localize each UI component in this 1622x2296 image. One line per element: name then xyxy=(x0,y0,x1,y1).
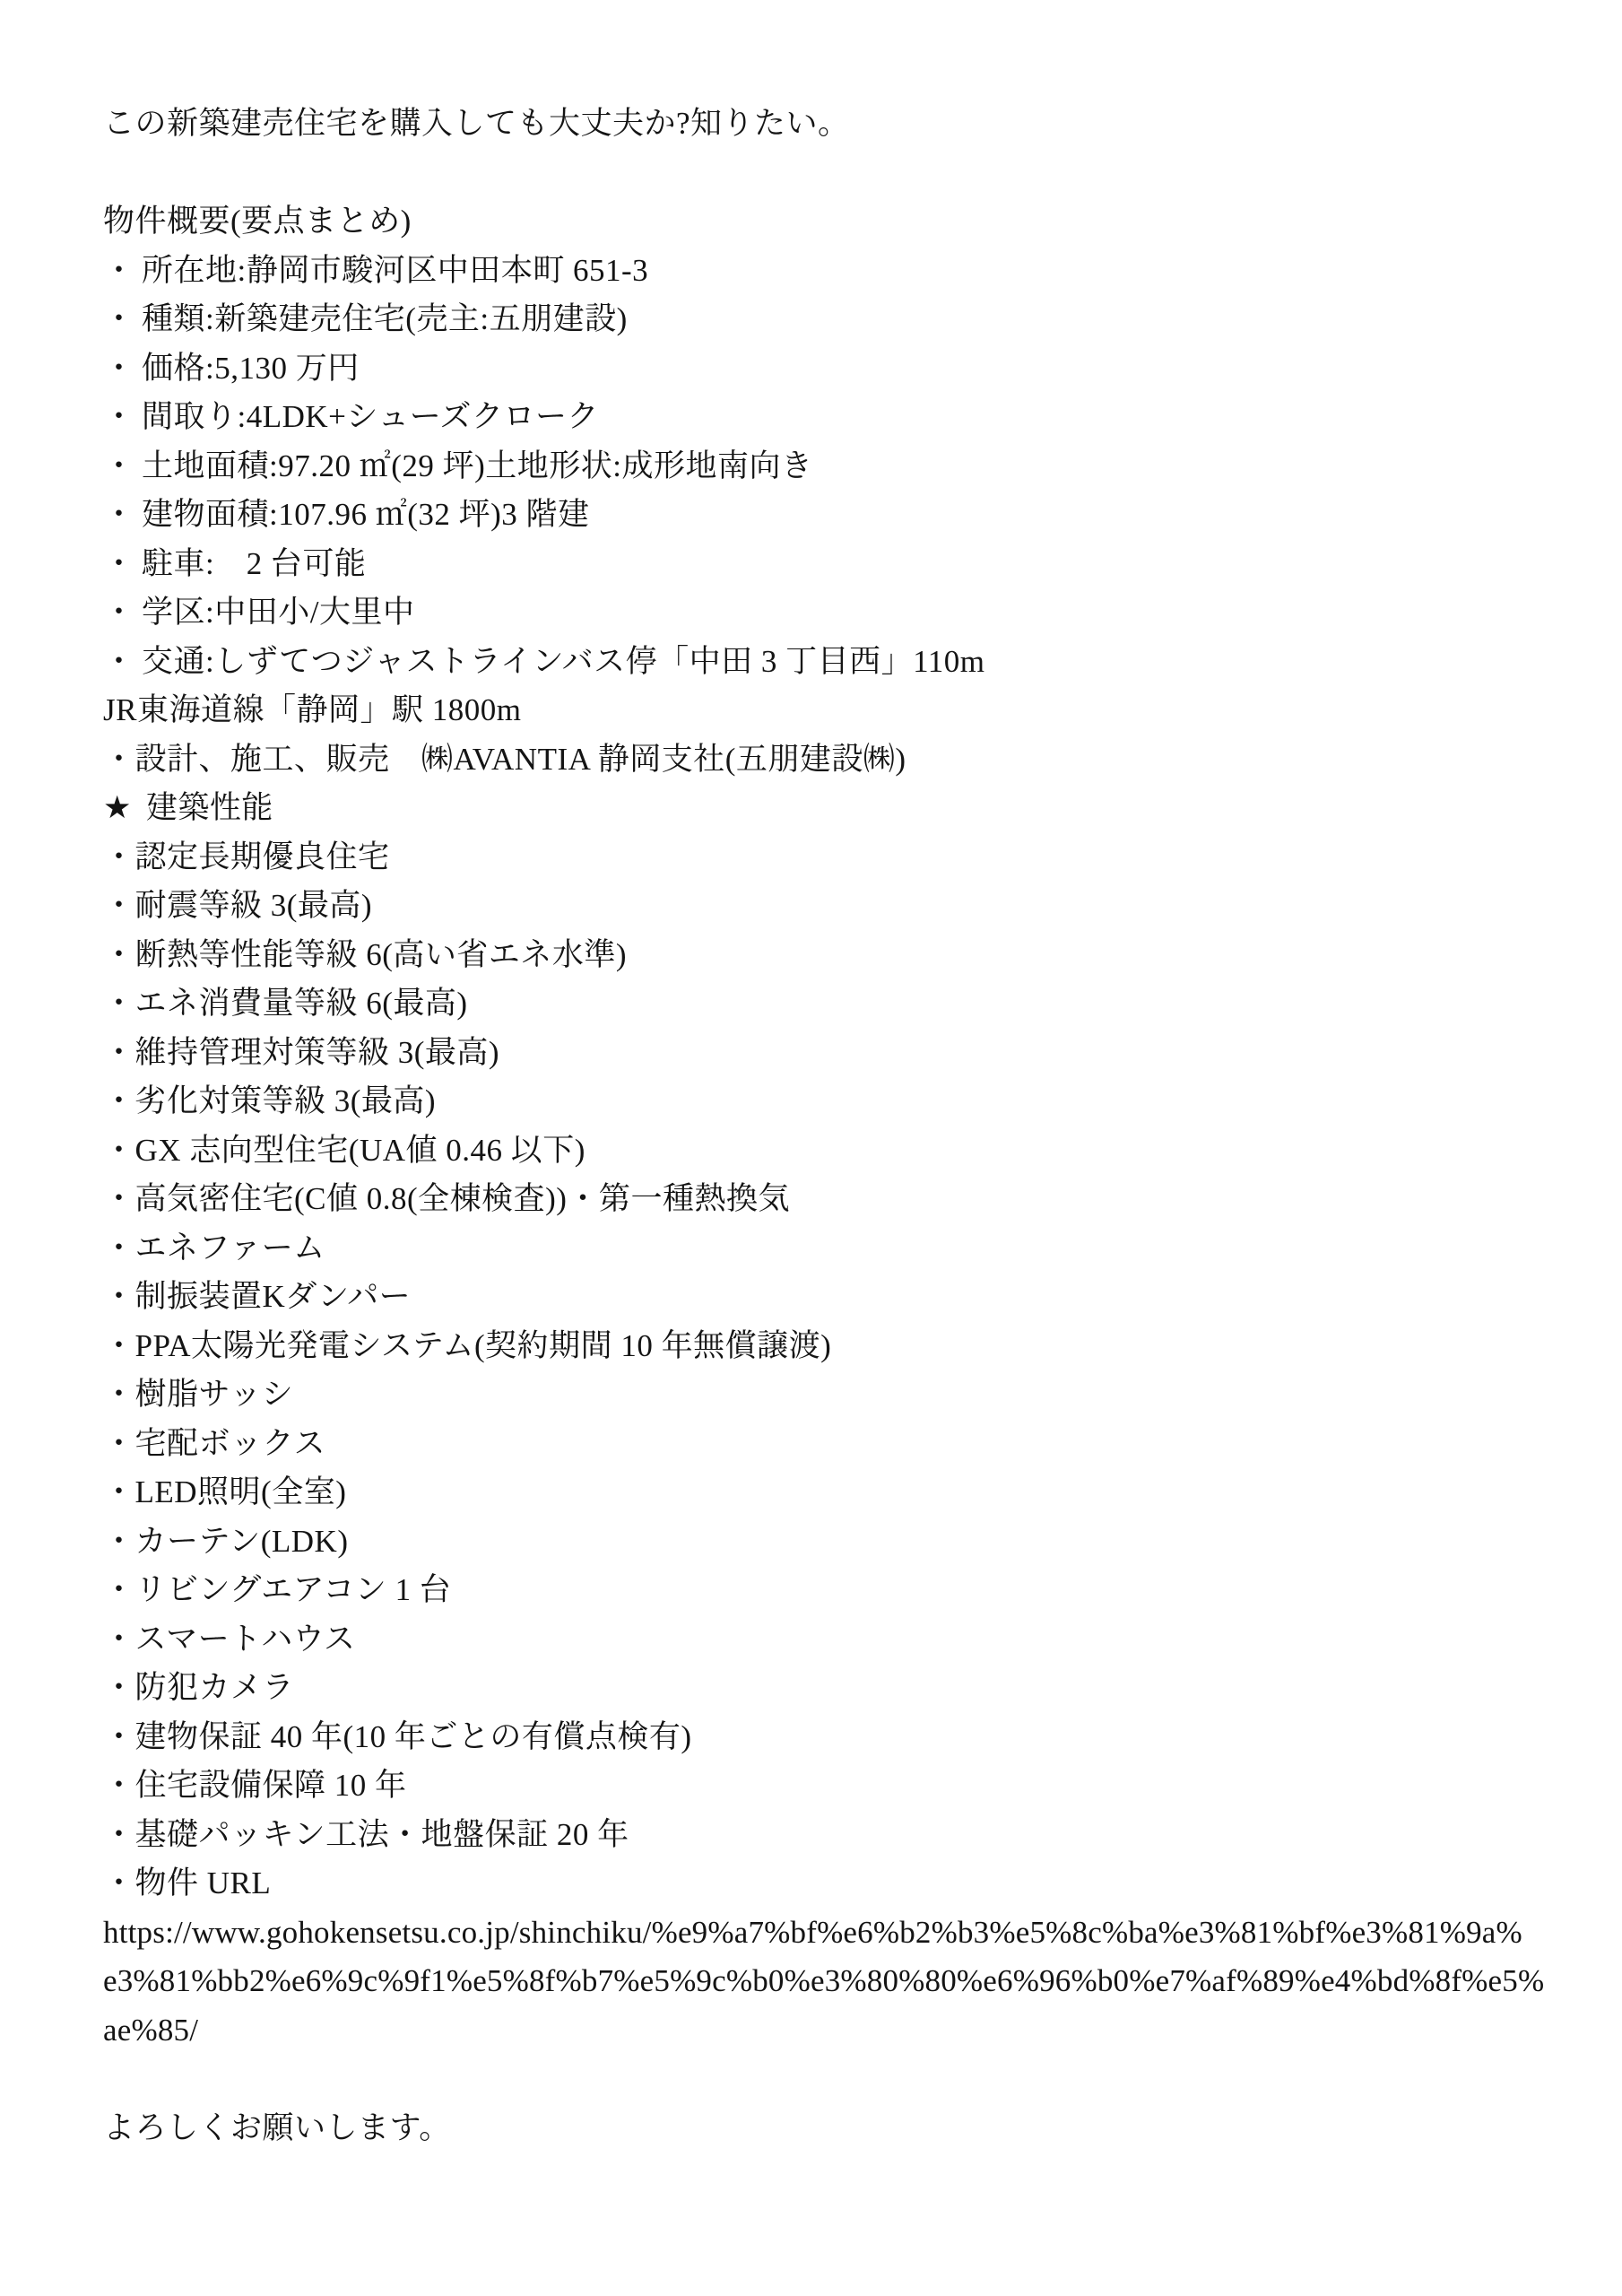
line-text: 間取り:4LDK+シューズクローク xyxy=(142,399,599,434)
list-item: ・PPA太陽光発電システム(契約期間 10 年無償譲渡) xyxy=(103,1322,1515,1371)
line-text: 価格:5,130 万円 xyxy=(142,351,360,386)
list-item: ・建物面積:107.96 ㎡(32 坪)3 階建 xyxy=(103,491,1515,540)
bullet-marker: ・ xyxy=(103,295,142,344)
bullet-marker: ・ xyxy=(103,247,142,296)
star-marker: ★ xyxy=(103,784,132,833)
line-text: 土地面積:97.20 ㎡(29 坪)土地形状:成形地南向き xyxy=(142,448,813,483)
line-text: 種類:新築建売住宅(売主:五朋建設) xyxy=(142,301,628,336)
list-item: ・基礎パッキン工法・地盤保証 20 年 xyxy=(103,1811,1515,1860)
closing-line: よろしくお願いします。 xyxy=(103,2104,1515,2153)
list-item: ・所在地:静岡市駿河区中田本町 651-3 xyxy=(103,247,1515,296)
list-item: ・学区:中田小/大里中 xyxy=(103,588,1515,638)
list-item: ・耐震等級 3(最高) xyxy=(103,882,1515,931)
list-item: ・価格:5,130 万円 xyxy=(103,344,1515,394)
text-line: JR東海道線「静岡」駅 1800m xyxy=(103,686,1515,735)
list-item: ・スマートハウス xyxy=(103,1615,1515,1665)
url-line: https://www.gohokensetsu.co.jp/shinchiku… xyxy=(103,1909,1515,1958)
list-item: ・リビングエアコン 1 台 xyxy=(103,1566,1515,1615)
line-text: 学区:中田小/大里中 xyxy=(142,595,414,630)
bullet-marker: ・ xyxy=(103,638,142,687)
list-item: ・断熱等性能等級 6(高い省エネ水準) xyxy=(103,931,1515,980)
list-item: ・防犯カメラ xyxy=(103,1664,1515,1713)
line-text: 建築性能 xyxy=(146,790,273,825)
url-line: e3%81%bb2%e6%9c%9f1%e5%8f%b7%e5%9c%b0%e3… xyxy=(103,1957,1515,2006)
list-item: ・制振装置Kダンパー xyxy=(103,1273,1515,1322)
list-item: ・劣化対策等級 3(最高) xyxy=(103,1077,1515,1126)
list-item: ・土地面積:97.20 ㎡(29 坪)土地形状:成形地南向き xyxy=(103,442,1515,491)
list-item: ・種類:新築建売住宅(売主:五朋建設) xyxy=(103,295,1515,344)
section-title: 物件概要(要点まとめ) xyxy=(103,197,1515,247)
line-text: 交通:しずてつジャストラインバス停「中田 3 丁目西」110m xyxy=(142,644,985,679)
list-item: ・樹脂サッシ xyxy=(103,1370,1515,1420)
list-item: ・カーテン(LDK) xyxy=(103,1518,1515,1567)
bullet-marker: ・ xyxy=(103,540,142,589)
blank-line xyxy=(103,149,1515,198)
url-line: ae%85/ xyxy=(103,2006,1515,2056)
blank-line xyxy=(103,2055,1515,2104)
list-item: ・物件 URL xyxy=(103,1859,1515,1909)
bullet-marker: ・ xyxy=(103,588,142,638)
bullet-marker: ・ xyxy=(103,393,142,442)
list-item: ・宅配ボックス xyxy=(103,1420,1515,1469)
list-item: ・設計、施工、販売 ㈱AVANTIA 静岡支社(五朋建設㈱) xyxy=(103,735,1515,785)
document-page: この新築建売住宅を購入しても大丈夫か?知りたい。物件概要(要点まとめ)・所在地:… xyxy=(0,0,1622,2296)
list-item: ・高気密住宅(C値 0.8(全棟検査))・第一種熱換気 xyxy=(103,1175,1515,1224)
bullet-marker: ・ xyxy=(103,344,142,394)
bullet-marker: ・ xyxy=(103,491,142,540)
list-item: ・認定長期優良住宅 xyxy=(103,833,1515,883)
intro-line: この新築建売住宅を購入しても大丈夫か?知りたい。 xyxy=(103,100,1515,149)
list-item: ・LED照明(全室) xyxy=(103,1468,1515,1518)
line-text: 建物面積:107.96 ㎡(32 坪)3 階建 xyxy=(142,497,590,532)
list-item: ・エネ消費量等級 6(最高) xyxy=(103,979,1515,1029)
list-item: ・GX 志向型住宅(UA値 0.46 以下) xyxy=(103,1126,1515,1176)
line-text: 所在地:静岡市駿河区中田本町 651-3 xyxy=(142,253,648,288)
bullet-marker: ・ xyxy=(103,442,142,491)
line-text: 駐車: 2 台可能 xyxy=(142,546,366,581)
list-item: ・住宅設備保障 10 年 xyxy=(103,1761,1515,1811)
list-item: ・交通:しずてつジャストラインバス停「中田 3 丁目西」110m xyxy=(103,638,1515,687)
section-title: ★建築性能 xyxy=(103,784,1515,833)
list-item: ・建物保証 40 年(10 年ごとの有償点検有) xyxy=(103,1713,1515,1762)
list-item: ・エネファーム xyxy=(103,1224,1515,1274)
list-item: ・駐車: 2 台可能 xyxy=(103,540,1515,589)
list-item: ・維持管理対策等級 3(最高) xyxy=(103,1029,1515,1078)
list-item: ・間取り:4LDK+シューズクローク xyxy=(103,393,1515,442)
